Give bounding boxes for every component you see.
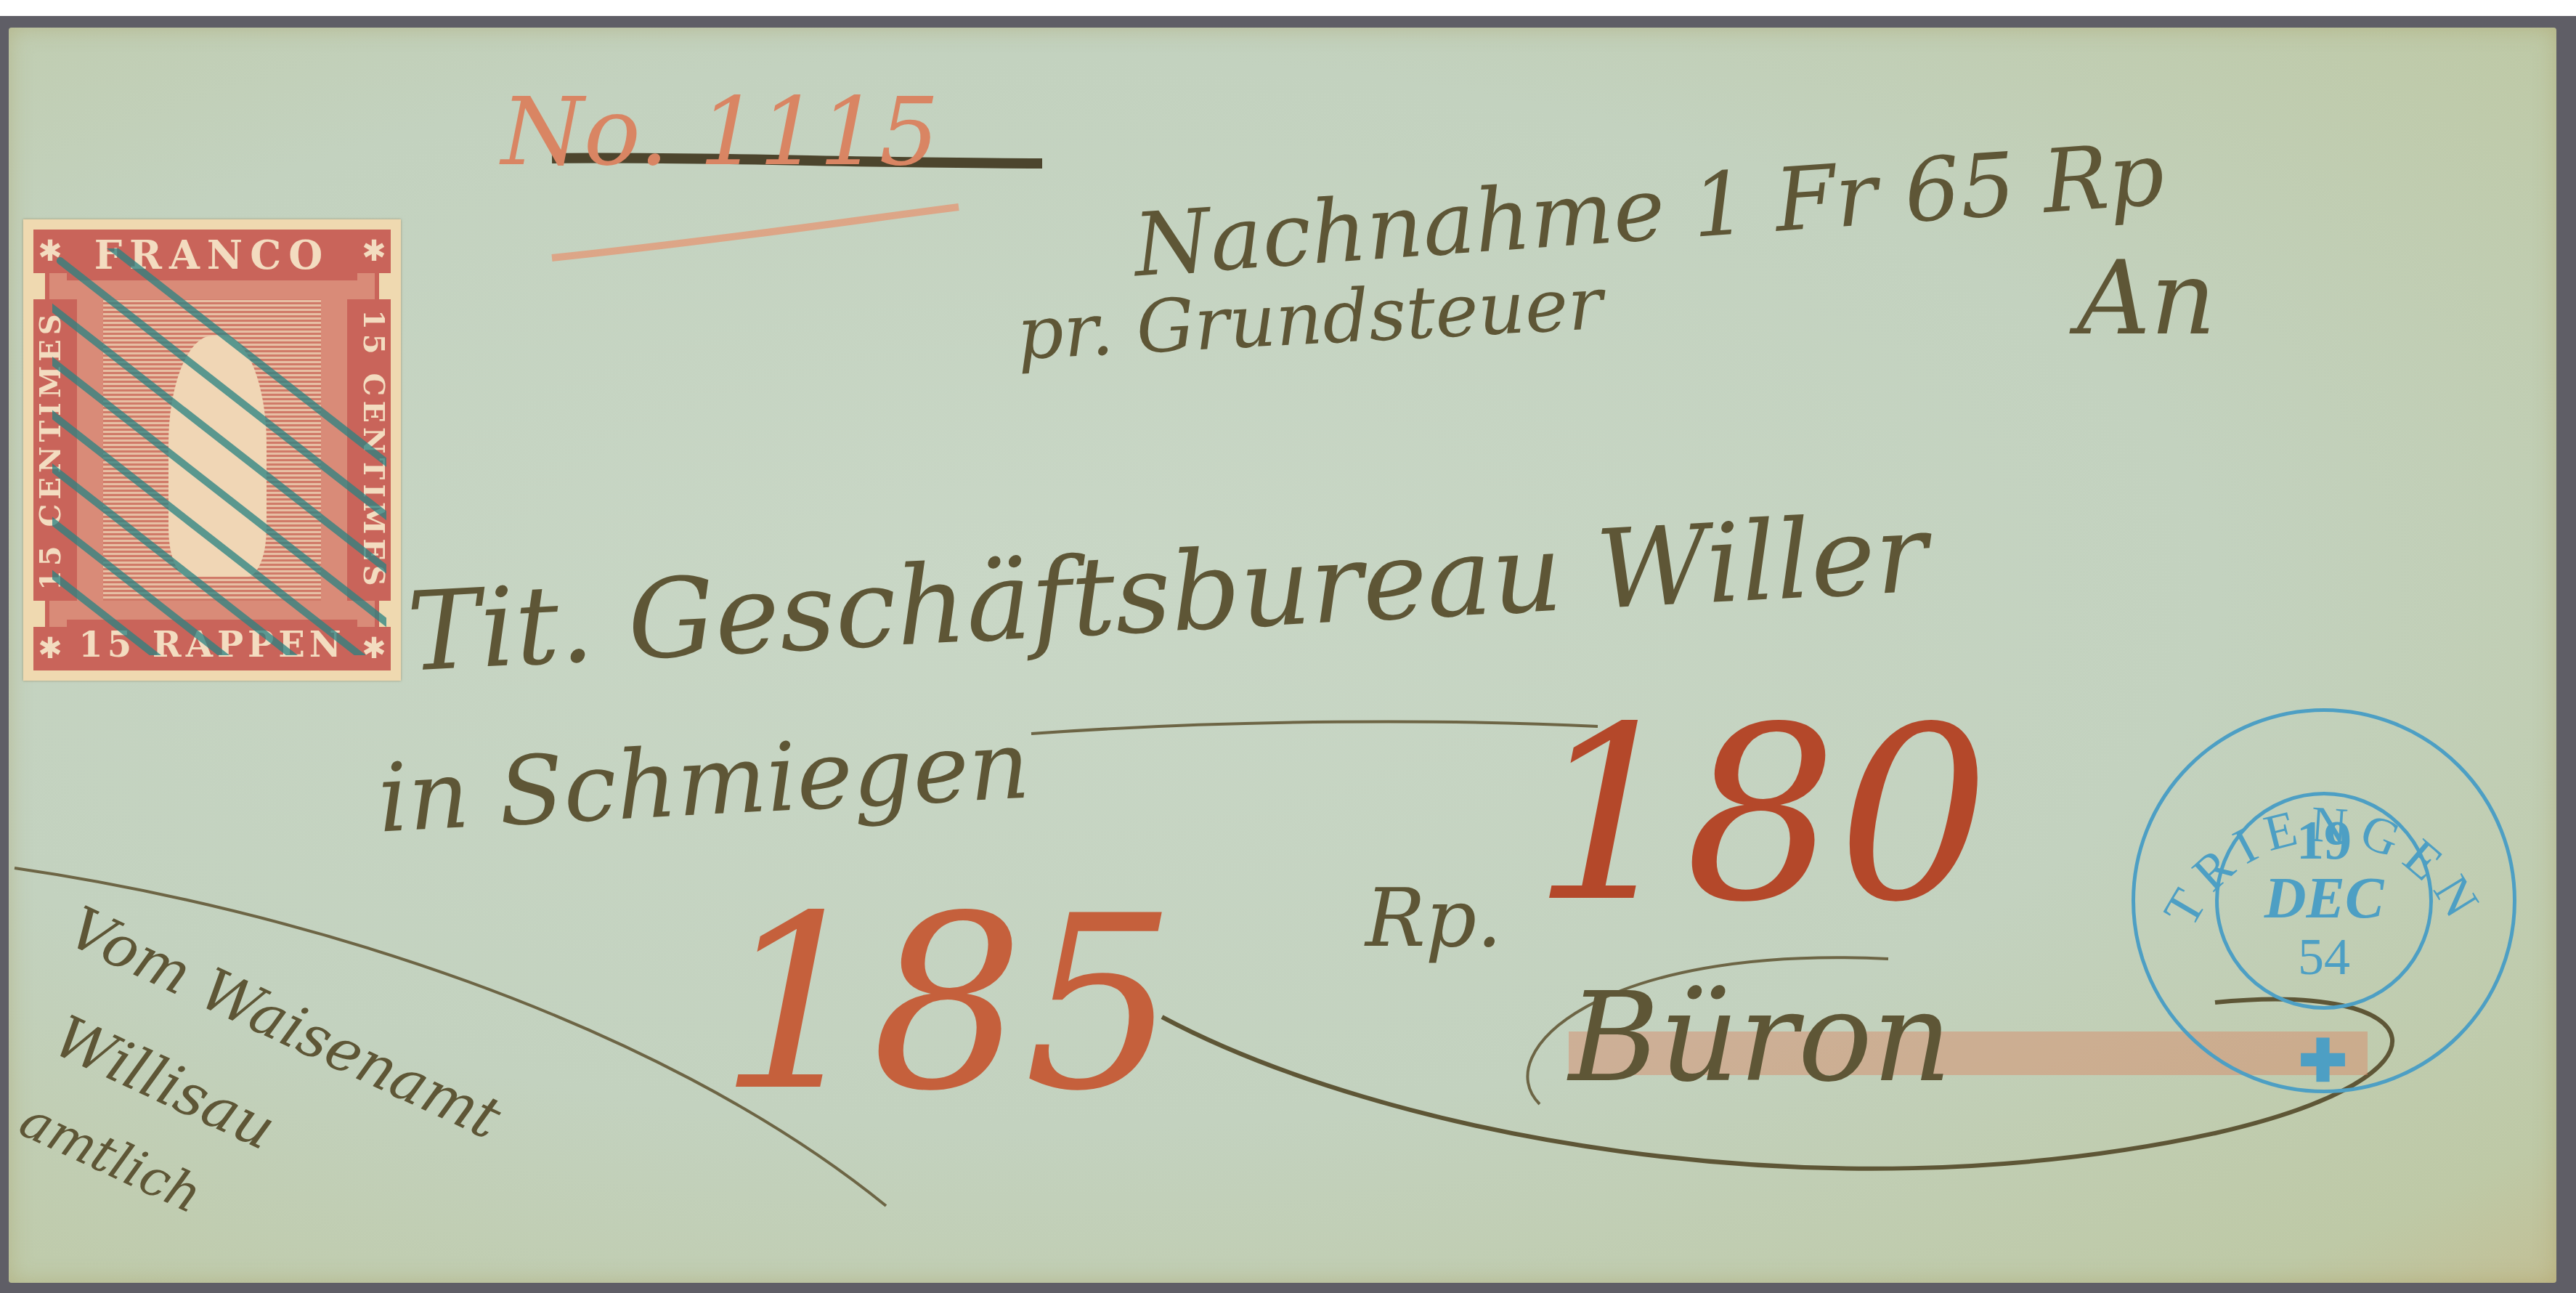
postmark-month: DEC [2219,870,2429,928]
postmark-year: 54 [2219,928,2429,986]
swiss-cross-icon: ✚ [2299,1031,2347,1090]
fee-unit: Rp. [1365,872,1502,965]
crossed-out-note: No. 1115 [501,76,939,187]
greeting-an: An [2077,240,2216,358]
destination-town: Büron [1569,966,1952,1110]
postmark-date-ring: 19 DEC 54 [2215,792,2433,1010]
triengen-postmark: TRIENGEN 19 DEC 54 ✚ [2132,708,2516,1093]
fee-185: 185 [719,864,1177,1143]
fee-180: 180 [1532,676,1990,954]
postmark-day: 19 [2219,811,2429,870]
